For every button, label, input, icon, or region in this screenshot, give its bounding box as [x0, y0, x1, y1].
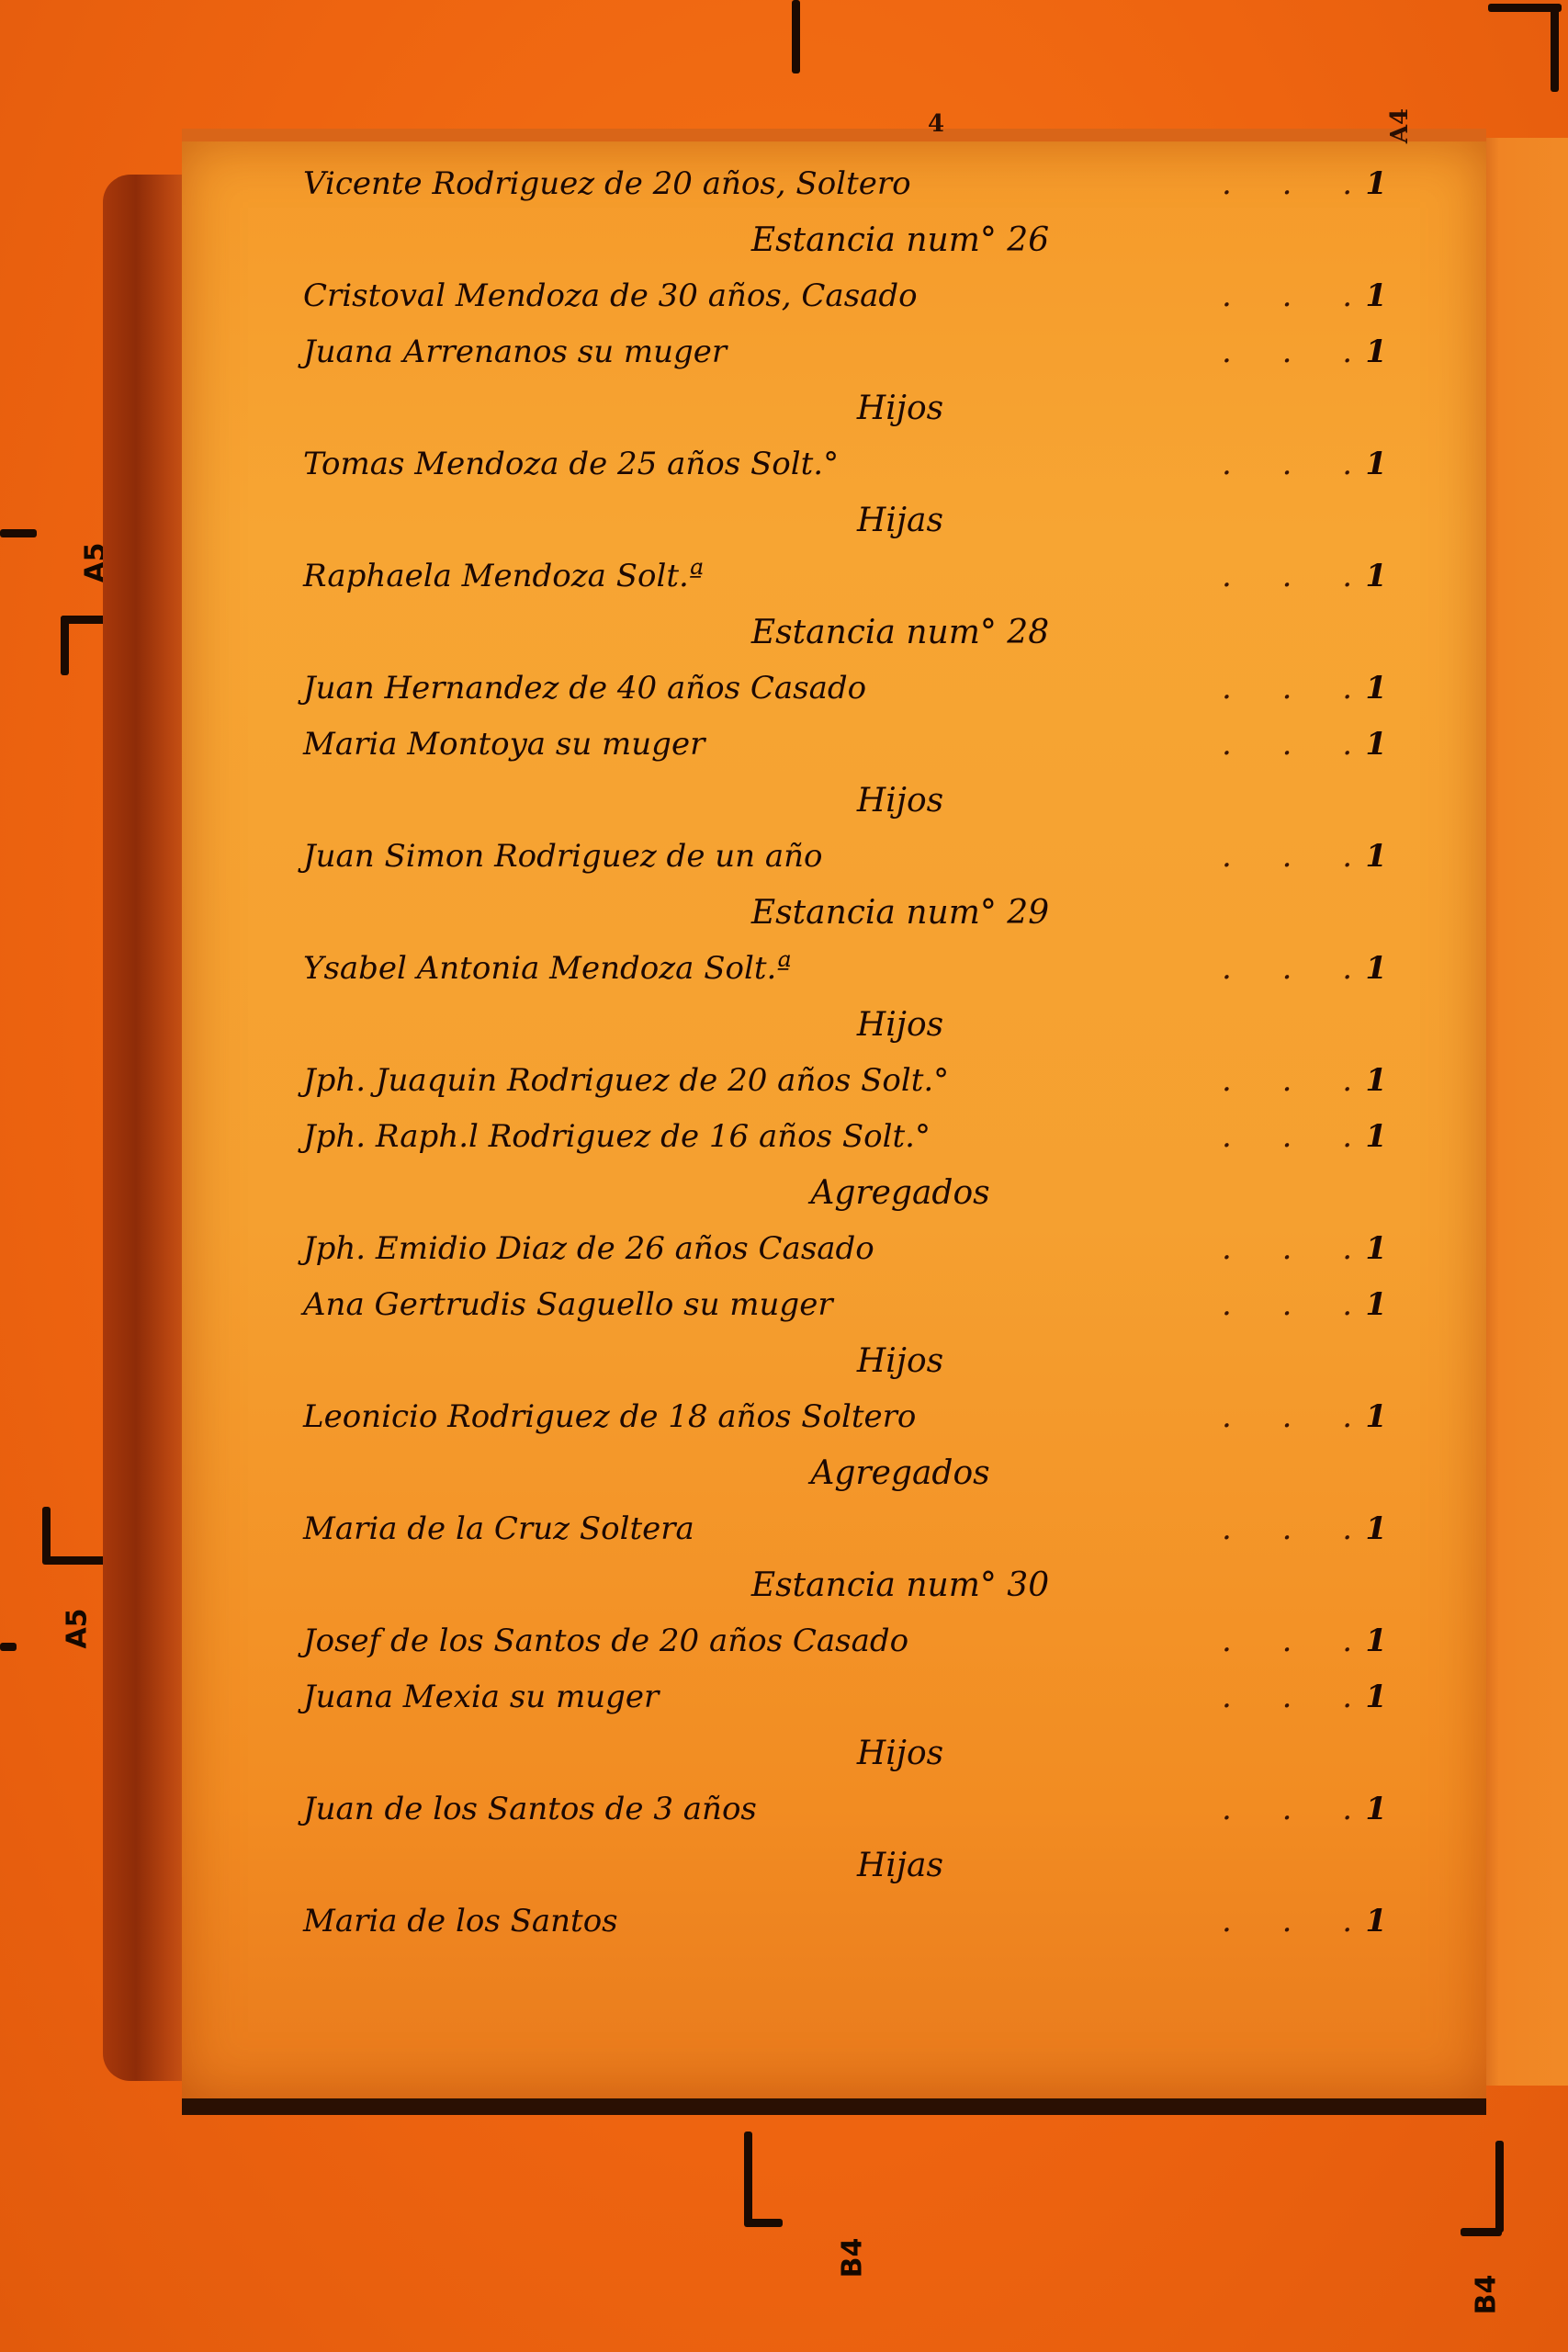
census-line: Jph. Juaquin Rodriguez de 20 años Solt.°… [303, 1053, 1387, 1109]
census-line: Juana Arrenanos su muger. . .1 [303, 324, 1387, 380]
census-entries: Vicente Rodriguez de 20 años, Soltero. .… [303, 156, 1387, 1950]
leader-dots: . . . [1222, 717, 1372, 773]
leader-dots: . . . [1222, 268, 1372, 324]
section-heading: Hijos [303, 380, 1387, 436]
section-heading: Hijos [303, 997, 1387, 1053]
census-line: Josef de los Santos de 20 años Casado. .… [303, 1613, 1387, 1669]
leader-dots: . . . [1222, 829, 1372, 885]
leader-dots: . . . [1222, 1669, 1372, 1725]
leader-dots: . . . [1222, 1053, 1372, 1109]
leader-dots: . . . [1222, 1389, 1372, 1445]
census-line: Ysabel Antonia Mendoza Solt.ª. . .1 [303, 941, 1387, 997]
leader-dots: . . . [1222, 1894, 1372, 1950]
census-line: Cristoval Mendoza de 30 años, Casado. . … [303, 268, 1387, 324]
entry-count: 1 [1365, 548, 1387, 605]
entry-count: 1 [1365, 268, 1387, 324]
section-heading: Estancia num° 26 [303, 212, 1387, 268]
section-heading: Agregados [303, 1165, 1387, 1221]
entry-count: 1 [1365, 1894, 1387, 1950]
entry-count: 1 [1365, 1277, 1387, 1333]
film-label-bottom-right: B4 [1470, 2275, 1502, 2315]
folio-mark-top: 4 [928, 110, 944, 138]
leader-dots: . . . [1222, 1277, 1372, 1333]
film-label-left-bottom: A5 [62, 1608, 94, 1648]
entry-count: 1 [1365, 717, 1387, 773]
census-line: Juan Hernandez de 40 años Casado. . .1 [303, 661, 1387, 717]
entry-count: 1 [1365, 1781, 1387, 1837]
crop-mark-bottom-right-v [1495, 2141, 1504, 2233]
entry-count: 1 [1365, 436, 1387, 492]
crop-mark-bottom-right-h [1461, 2228, 1502, 2236]
entry-count: 1 [1365, 324, 1387, 380]
crop-mark-bottom-left-h [744, 2219, 783, 2227]
entry-count: 1 [1365, 1221, 1387, 1277]
crop-mark-top-center [792, 0, 800, 73]
section-heading: Hijos [303, 1725, 1387, 1781]
census-line: Juan Simon Rodriguez de un año. . .1 [303, 829, 1387, 885]
crop-mark-left-bottom-v [42, 1507, 51, 1562]
crop-mark-left-top-tick [0, 529, 37, 537]
leader-dots: . . . [1222, 1501, 1372, 1557]
section-heading: Estancia num° 28 [303, 605, 1387, 661]
census-line: Maria de la Cruz Soltera. . .1 [303, 1501, 1387, 1557]
entry-count: 1 [1365, 1501, 1387, 1557]
census-line: Raphaela Mendoza Solt.ª. . .1 [303, 548, 1387, 605]
section-heading: Hijas [303, 492, 1387, 548]
leader-dots: . . . [1222, 1109, 1372, 1165]
crop-mark-top-right-v [1551, 4, 1559, 92]
census-line: Maria de los Santos. . .1 [303, 1894, 1387, 1950]
leader-dots: . . . [1222, 661, 1372, 717]
leader-dots: . . . [1222, 1613, 1372, 1669]
section-heading: Estancia num° 30 [303, 1557, 1387, 1613]
section-heading: Agregados [303, 1445, 1387, 1501]
leader-dots: . . . [1222, 156, 1372, 212]
census-line: Maria Montoya su muger. . .1 [303, 717, 1387, 773]
entry-count: 1 [1365, 1669, 1387, 1725]
entry-count: 1 [1365, 1613, 1387, 1669]
leader-dots: . . . [1222, 1781, 1372, 1837]
section-heading: Estancia num° 29 [303, 885, 1387, 941]
census-line: Jph. Emidio Diaz de 26 años Casado. . .1 [303, 1221, 1387, 1277]
folio-mark-right: A4 [1386, 108, 1414, 143]
entry-count: 1 [1365, 829, 1387, 885]
census-line: Juan de los Santos de 3 años. . .1 [303, 1781, 1387, 1837]
leader-dots: . . . [1222, 548, 1372, 605]
crop-mark-left-bottom-tick [0, 1643, 17, 1651]
census-line: Ana Gertrudis Saguello su muger. . .1 [303, 1277, 1387, 1333]
entry-count: 1 [1365, 941, 1387, 997]
leader-dots: . . . [1222, 324, 1372, 380]
leader-dots: . . . [1222, 1221, 1372, 1277]
section-heading: Hijos [303, 773, 1387, 829]
section-heading: Hijas [303, 1837, 1387, 1894]
leader-dots: . . . [1222, 941, 1372, 997]
census-line: Jph. Raph.l Rodriguez de 16 años Solt.°.… [303, 1109, 1387, 1165]
crop-mark-bottom-left-v [744, 2131, 752, 2223]
entry-count: 1 [1365, 1389, 1387, 1445]
film-label-bottom-left: B4 [836, 2238, 868, 2278]
book-binding [103, 175, 186, 2081]
section-heading: Hijos [303, 1333, 1387, 1389]
census-line: Tomas Mendoza de 25 años Solt.°. . .1 [303, 436, 1387, 492]
census-line: Juana Mexia su muger. . .1 [303, 1669, 1387, 1725]
crop-mark-left-bottom-h [42, 1556, 107, 1565]
entry-count: 1 [1365, 156, 1387, 212]
entry-count: 1 [1365, 661, 1387, 717]
census-line: Vicente Rodriguez de 20 años, Soltero. .… [303, 156, 1387, 212]
entry-count: 1 [1365, 1109, 1387, 1165]
leader-dots: . . . [1222, 436, 1372, 492]
entry-count: 1 [1365, 1053, 1387, 1109]
census-line: Leonicio Rodriguez de 18 años Soltero. .… [303, 1389, 1387, 1445]
crop-mark-left-top-v [61, 616, 69, 675]
